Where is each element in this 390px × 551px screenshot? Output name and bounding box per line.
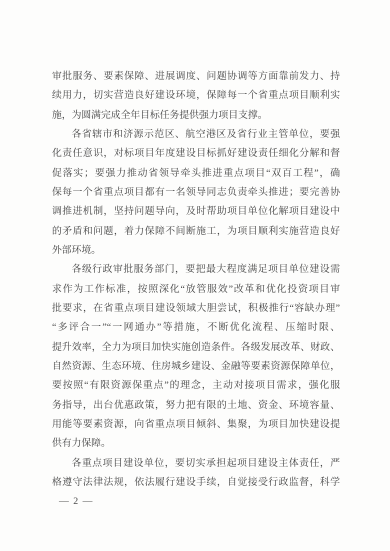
- text-line: 施，为圆满完成全年目标任务提供强力项目支撑。: [52, 106, 340, 125]
- text-line: 务指导，出台优惠政策，努力把有限的土地、资金、环境容量、: [52, 396, 340, 415]
- text-line: 各级行政审批服务部门，要把最大程度满足项目单位建设需: [52, 260, 340, 279]
- document-body: 审批服务、要素保障、进展调度、问题协调等方面靠前发力、持续用力，切实营造良好建设…: [52, 67, 340, 492]
- text-line: 续用力，切实营造良好建设环境，保障每一个省重点项目顺利实: [52, 86, 340, 105]
- text-line: 批要求，在省重点项目建设领域大胆尝试，积极推行“容缺办理”: [52, 299, 340, 318]
- text-line: 格遵守法律法规，依法履行建设手续，自觉接受行政监督，科学: [52, 473, 340, 492]
- text-line: 用能等要素资源，向省重点项目倾斜、集聚，为项目加快建设提: [52, 415, 340, 434]
- text-line: 各省辖市和济源示范区、航空港区及省行业主管单位，要强: [52, 125, 340, 144]
- text-line: 的矛盾和问题，着力保障不间断施工，为项目顺利实施营造良好: [52, 222, 340, 241]
- text-line: 化责任意识，对标项目年度建设目标抓好建设责任细化分解和督: [52, 144, 340, 163]
- text-line: 审批服务、要素保障、进展调度、问题协调等方面靠前发力、持: [52, 67, 340, 86]
- text-line: 提升效率，全力为项目加快实施创造条件。各级发展改革、财政、: [52, 338, 340, 357]
- text-line: 求作为工作标准，按照深化“放管服效”改革和优化投资项目审: [52, 280, 340, 299]
- text-line: 自然资源、生态环境、住房城乡建设、金融等要素资源保障单位，: [52, 357, 340, 376]
- text-line: “多评合一”“一网通办”等措施，不断优化流程、压缩时限、: [52, 318, 340, 337]
- document-page: 审批服务、要素保障、进展调度、问题协调等方面靠前发力、持续用力，切实营造良好建设…: [0, 0, 390, 551]
- text-line: 保每一个省重点项目都有一名领导同志负责牵头推进；要完善协: [52, 183, 340, 202]
- text-line: 要按照“有限资源保重点”的理念，主动对接项目需求，强化服: [52, 376, 340, 395]
- text-line: 供有力保障。: [52, 434, 340, 453]
- text-line: 促落实；要强力推动省领导牵头推进重点项目“双百工程”，确: [52, 164, 340, 183]
- text-line: 各重点项目建设单位，要切实承担起项目建设主体责任，严: [52, 454, 340, 473]
- text-line: 调推进机制，坚持问题导向，及时帮助项目单位化解项目建设中: [52, 202, 340, 221]
- text-line: 外部环境。: [52, 241, 340, 260]
- page-number: — 2 —: [59, 492, 93, 511]
